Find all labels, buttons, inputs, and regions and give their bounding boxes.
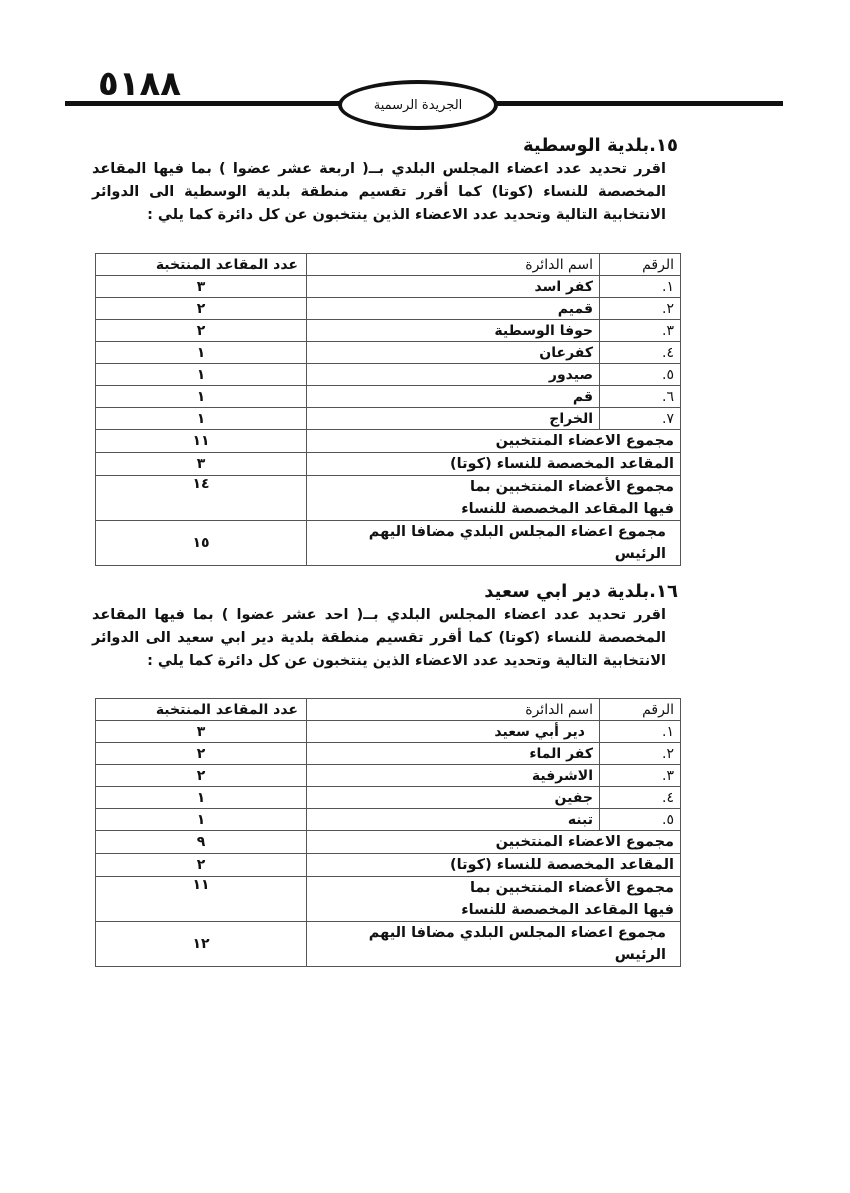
districts-table-16: الرقم اسم الدائرة عدد المقاعد المنتخبة ١… xyxy=(95,698,681,967)
header-name: اسم الدائرة xyxy=(307,254,600,276)
table-row: ١. دير أبي سعيد ٣ xyxy=(96,721,681,743)
section-title: ١٦.بلدية دير ابي سعيد xyxy=(92,580,678,604)
row-seats: ١ xyxy=(96,408,307,430)
row-num: ١. xyxy=(600,721,681,743)
summary-label: مجموع اعضاء المجلس البلدي مضافا اليهم ال… xyxy=(307,521,681,566)
row-name: كفر اسد xyxy=(307,276,600,298)
summary-value: ١٢ xyxy=(96,922,307,967)
row-num: ٢. xyxy=(600,298,681,320)
summary-value: ٣ xyxy=(96,453,307,476)
section-body: اقرر تحديد عدد اعضاء المجلس البلدي بــ( … xyxy=(92,604,666,673)
summary-row: مجموع الاعضاء المنتخبين ١١ xyxy=(96,430,681,453)
summary-value: ١١ xyxy=(96,877,307,922)
section-title: ١٥.بلدية الوسطية xyxy=(92,134,678,158)
header-num: الرقم xyxy=(600,699,681,721)
summary-row: مجموع الأعضاء المنتخبين بما فيها المقاعد… xyxy=(96,476,681,521)
header-seats: عدد المقاعد المنتخبة xyxy=(96,699,307,721)
row-num: ١. xyxy=(600,276,681,298)
row-name: صيدور xyxy=(307,364,600,386)
row-name: كفرعان xyxy=(307,342,600,364)
row-seats: ٢ xyxy=(96,320,307,342)
summary-row: مجموع الاعضاء المنتخبين ٩ xyxy=(96,831,681,854)
row-num: ٥. xyxy=(600,364,681,386)
gazette-title: الجريدة الرسمية xyxy=(374,98,463,113)
table-row: ٢. قميم ٢ xyxy=(96,298,681,320)
table-row: ٥. صيدور ١ xyxy=(96,364,681,386)
summary-label: مجموع الأعضاء المنتخبين بما فيها المقاعد… xyxy=(307,877,681,922)
row-name: حوفا الوسطية xyxy=(307,320,600,342)
row-num: ٤. xyxy=(600,787,681,809)
row-num: ٦. xyxy=(600,386,681,408)
row-seats: ٢ xyxy=(96,743,307,765)
row-name: الخراج xyxy=(307,408,600,430)
table-row: ٤. كفرعان ١ xyxy=(96,342,681,364)
header-name: اسم الدائرة xyxy=(307,699,600,721)
summary-label: مجموع الأعضاء المنتخبين بما فيها المقاعد… xyxy=(307,476,681,521)
row-seats: ٣ xyxy=(96,276,307,298)
row-num: ٤. xyxy=(600,342,681,364)
summary-value: ٢ xyxy=(96,854,307,877)
summary-row: مجموع الأعضاء المنتخبين بما فيها المقاعد… xyxy=(96,877,681,922)
row-name: دير أبي سعيد xyxy=(307,721,600,743)
section-body: اقرر تحديد عدد اعضاء المجلس البلدي بــ( … xyxy=(92,158,666,227)
summary-row: المقاعد المخصصة للنساء (كوتا) ٣ xyxy=(96,453,681,476)
summary-value: ١٥ xyxy=(96,521,307,566)
table-row: ٣. حوفا الوسطية ٢ xyxy=(96,320,681,342)
summary-row: المقاعد المخصصة للنساء (كوتا) ٢ xyxy=(96,854,681,877)
table-row: ٥. تبنه ١ xyxy=(96,809,681,831)
table-row: ١. كفر اسد ٣ xyxy=(96,276,681,298)
section-15: ١٥.بلدية الوسطية اقرر تحديد عدد اعضاء ال… xyxy=(92,134,678,227)
summary-label: مجموع الاعضاء المنتخبين xyxy=(307,430,681,453)
table-row: ٧. الخراج ١ xyxy=(96,408,681,430)
row-num: ٣. xyxy=(600,320,681,342)
table-row: ٤. جفين ١ xyxy=(96,787,681,809)
gazette-title-oval: الجريدة الرسمية xyxy=(338,80,498,130)
row-seats: ١ xyxy=(96,364,307,386)
row-seats: ١ xyxy=(96,342,307,364)
table-row: ٦. قم ١ xyxy=(96,386,681,408)
summary-label: المقاعد المخصصة للنساء (كوتا) xyxy=(307,854,681,877)
row-seats: ٢ xyxy=(96,298,307,320)
row-seats: ٣ xyxy=(96,721,307,743)
header-num: الرقم xyxy=(600,254,681,276)
row-num: ٥. xyxy=(600,809,681,831)
summary-label: مجموع الاعضاء المنتخبين xyxy=(307,831,681,854)
row-name: كفر الماء xyxy=(307,743,600,765)
summary-value: ١٤ xyxy=(96,476,307,521)
page-number: ٥١٨٨ xyxy=(98,64,181,104)
row-name: قم xyxy=(307,386,600,408)
table-header-row: الرقم اسم الدائرة عدد المقاعد المنتخبة xyxy=(96,699,681,721)
row-num: ٣. xyxy=(600,765,681,787)
districts-table-15: الرقم اسم الدائرة عدد المقاعد المنتخبة ١… xyxy=(95,253,681,566)
summary-value: ٩ xyxy=(96,831,307,854)
row-name: جفين xyxy=(307,787,600,809)
summary-value: ١١ xyxy=(96,430,307,453)
row-num: ٢. xyxy=(600,743,681,765)
row-seats: ١ xyxy=(96,386,307,408)
summary-row: مجموع اعضاء المجلس البلدي مضافا اليهم ال… xyxy=(96,922,681,967)
table-row: ٣. الاشرفية ٢ xyxy=(96,765,681,787)
summary-row: مجموع اعضاء المجلس البلدي مضافا اليهم ال… xyxy=(96,521,681,566)
table-header-row: الرقم اسم الدائرة عدد المقاعد المنتخبة xyxy=(96,254,681,276)
row-name: قميم xyxy=(307,298,600,320)
header-seats: عدد المقاعد المنتخبة xyxy=(96,254,307,276)
summary-label: المقاعد المخصصة للنساء (كوتا) xyxy=(307,453,681,476)
row-name: تبنه xyxy=(307,809,600,831)
row-num: ٧. xyxy=(600,408,681,430)
table-row: ٢. كفر الماء ٢ xyxy=(96,743,681,765)
row-seats: ٢ xyxy=(96,765,307,787)
row-name: الاشرفية xyxy=(307,765,600,787)
row-seats: ١ xyxy=(96,809,307,831)
section-16: ١٦.بلدية دير ابي سعيد اقرر تحديد عدد اعض… xyxy=(92,580,678,673)
summary-label: مجموع اعضاء المجلس البلدي مضافا اليهم ال… xyxy=(307,922,681,967)
row-seats: ١ xyxy=(96,787,307,809)
